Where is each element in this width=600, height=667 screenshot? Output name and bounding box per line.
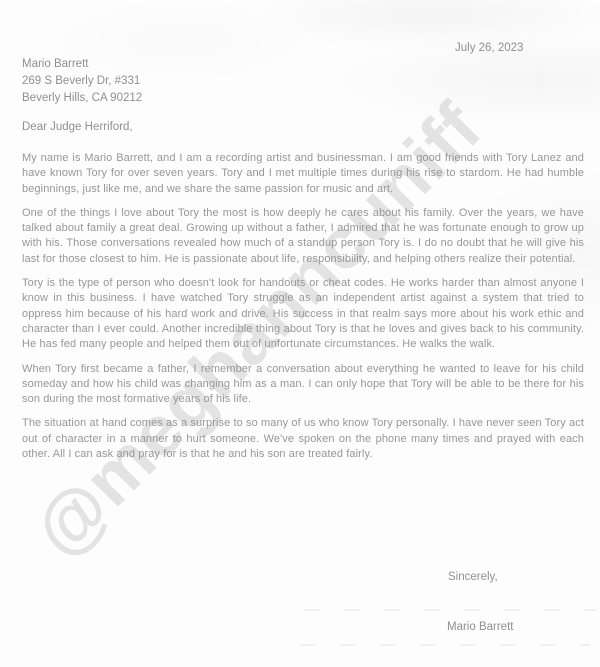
- letter-page: @meghanncuniff July 26, 2023 Mario Barre…: [0, 0, 600, 667]
- paragraph-4: When Tory first became a father, I remem…: [22, 362, 584, 408]
- letter-date: July 26, 2023: [455, 42, 523, 54]
- sender-address-line2: Beverly Hills, CA 90212: [22, 90, 142, 107]
- closing-salutation: Sincerely,: [448, 571, 498, 583]
- paragraph-5: The situation at hand comes as a surpris…: [22, 416, 584, 462]
- sender-name: Mario Barrett: [22, 56, 142, 73]
- salutation: Dear Judge Herriford,: [22, 121, 133, 133]
- paragraph-2: One of the things I love about Tory the …: [22, 206, 584, 267]
- paragraph-3: Tory is the type of person who doesn't l…: [22, 276, 584, 352]
- signature-name: Mario Barrett: [447, 621, 513, 633]
- scan-artifact-dashes-top: [305, 609, 597, 611]
- paragraph-1: My name is Mario Barrett, and I am a rec…: [22, 151, 584, 197]
- scan-artifact-dashes-bottom: [300, 644, 590, 646]
- letter-body: My name is Mario Barrett, and I am a rec…: [22, 151, 584, 471]
- sender-address-line1: 269 S Beverly Dr, #331: [22, 73, 142, 90]
- sender-address-block: Mario Barrett 269 S Beverly Dr, #331 Bev…: [22, 56, 142, 107]
